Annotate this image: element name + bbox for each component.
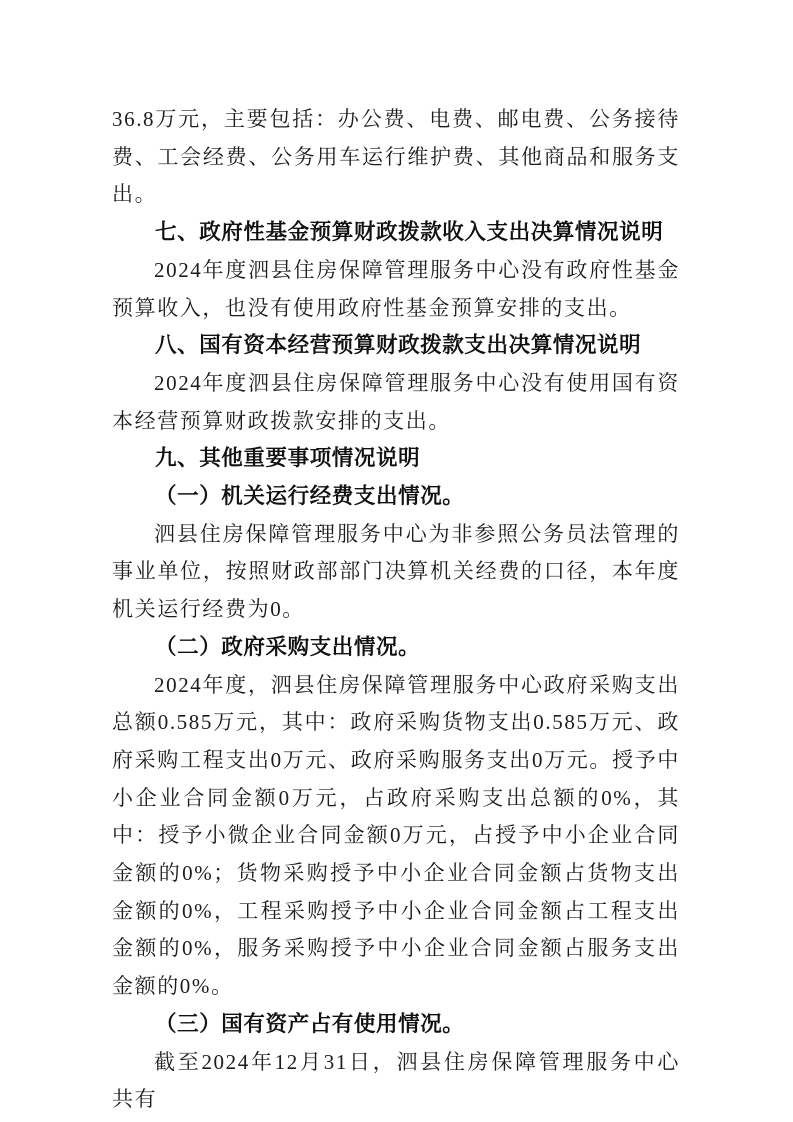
para-state-owned-assets-cutoff: 截至2024年12月31日，泗县住房保障管理服务中心共有 [112, 1044, 680, 1119]
heading-sub-1-agency-operating-expense: （一）机关运行经费支出情况。 [112, 478, 680, 516]
heading-section-8-state-capital-budget: 八、国有资本经营预算财政拨款支出决算情况说明 [112, 327, 680, 365]
para-agency-operating-expense: 泗县住房保障管理服务中心为非参照公务员法管理的事业单位，按照财政部部门决算机关经… [112, 516, 680, 629]
heading-sub-2-government-procurement: （二）政府采购支出情况。 [112, 629, 680, 667]
document-content: 36.8万元，主要包括：办公费、电费、邮电费、公务接待费、工会经费、公务用车运行… [112, 101, 680, 1119]
para-other-goods-services-continuation: 36.8万元，主要包括：办公费、电费、邮电费、公务接待费、工会经费、公务用车运行… [112, 101, 680, 214]
heading-sub-3-state-owned-assets: （三）国有资产占有使用情况。 [112, 1006, 680, 1044]
heading-section-9-other-important-matters: 九、其他重要事项情况说明 [112, 440, 680, 478]
para-section-8-state-capital-budget: 2024年度泗县住房保障管理服务中心没有使用国有资本经营预算财政拨款安排的支出。 [112, 365, 680, 440]
para-government-procurement-details: 2024年度，泗县住房保障管理服务中心政府采购支出总额0.585万元，其中：政府… [112, 667, 680, 1006]
para-section-7-government-fund-budget: 2024年度泗县住房保障管理服务中心没有政府性基金预算收入，也没有使用政府性基金… [112, 252, 680, 327]
heading-section-7-government-fund-budget: 七、政府性基金预算财政拨款收入支出决算情况说明 [112, 214, 680, 252]
document-page: 36.8万元，主要包括：办公费、电费、邮电费、公务接待费、工会经费、公务用车运行… [0, 0, 793, 1122]
